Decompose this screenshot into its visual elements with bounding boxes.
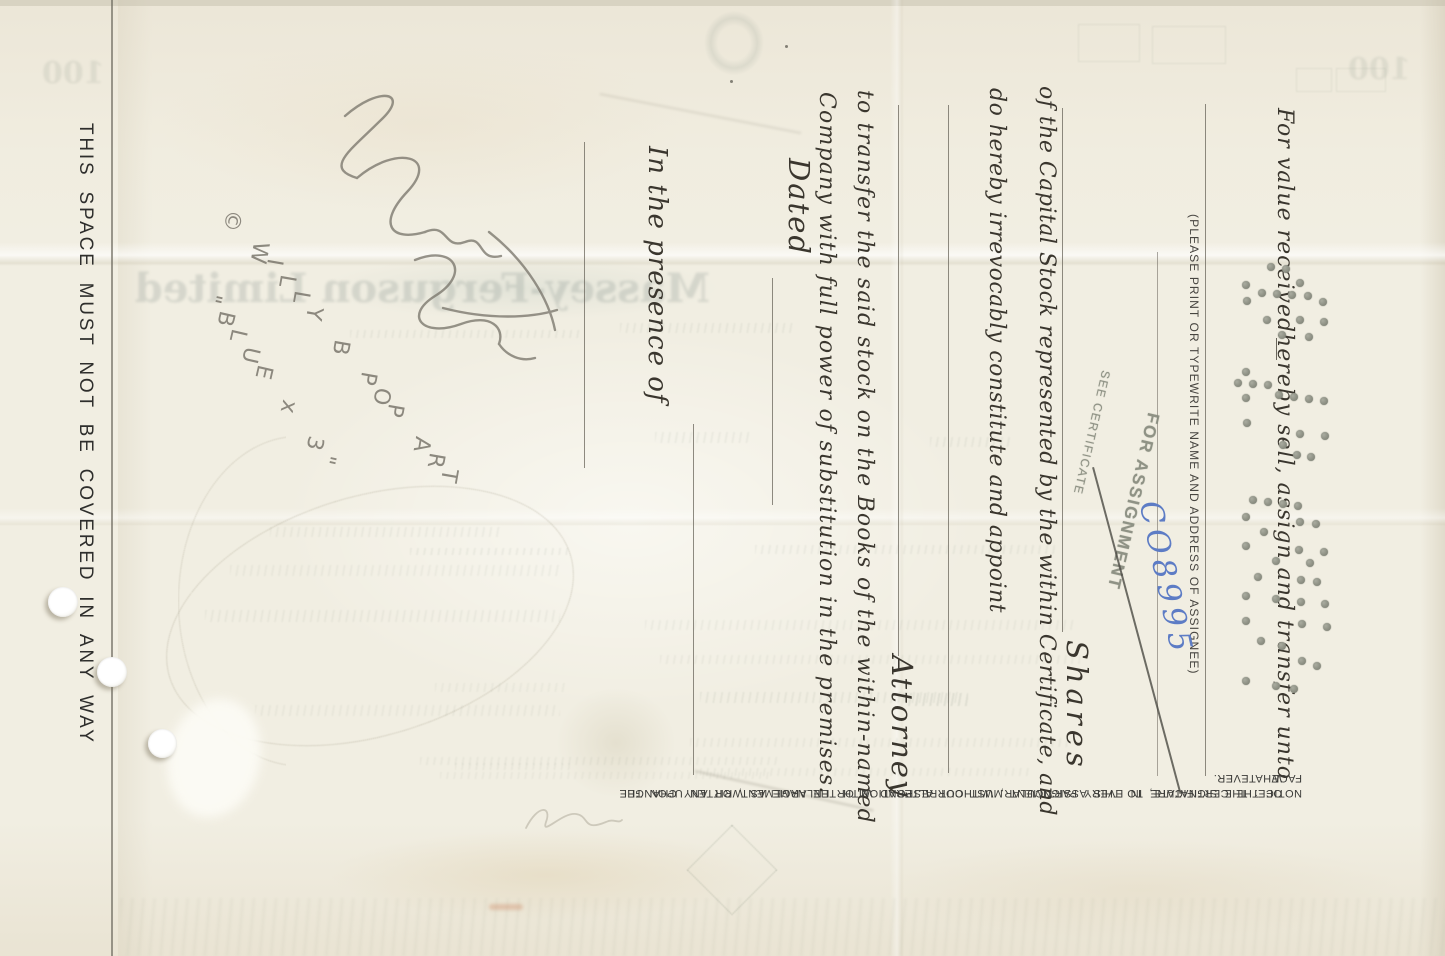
attorney-name-rule bbox=[948, 105, 949, 773]
ghost-text-row bbox=[230, 565, 560, 576]
ghost-text-row bbox=[410, 548, 570, 555]
fold-crease-horizontal bbox=[0, 508, 1445, 526]
punched-dot bbox=[1272, 557, 1280, 565]
paper-tint-left bbox=[118, 0, 152, 956]
pencil-blue-note-char: U bbox=[236, 344, 264, 365]
punched-dot bbox=[1313, 578, 1321, 586]
shares-label: Shares bbox=[1062, 640, 1091, 772]
punched-dot bbox=[1243, 419, 1251, 427]
paper-edge-top bbox=[0, 0, 1445, 6]
punch-hole bbox=[148, 729, 177, 758]
paper-blotch bbox=[880, 840, 1400, 940]
pencil-signature bbox=[293, 82, 593, 382]
punched-dot bbox=[1242, 592, 1250, 600]
punched-dot bbox=[1320, 548, 1328, 556]
punched-dot bbox=[1298, 620, 1306, 628]
company-line: Company with full power of substitution … bbox=[815, 92, 837, 795]
pencil-copyright-note-char: © bbox=[218, 208, 246, 234]
ghost-text-row bbox=[455, 763, 570, 770]
ghost-text-row bbox=[205, 610, 560, 622]
punched-dot bbox=[1288, 291, 1296, 299]
dated-label: Dated bbox=[784, 158, 813, 256]
punched-dot bbox=[1296, 518, 1304, 526]
ghost-denomination-100: 100 bbox=[42, 56, 105, 91]
punched-dot bbox=[1296, 279, 1304, 287]
pencil-blue-note-char: x bbox=[275, 398, 302, 416]
pencil-blue-note-char: 3 bbox=[300, 434, 328, 453]
punched-dot bbox=[1264, 381, 1272, 389]
punched-dot bbox=[1312, 520, 1320, 528]
punched-dot bbox=[1320, 397, 1328, 405]
notice-line2: OF THE CERTIFICATE, IN EVERY PARTICULAR,… bbox=[588, 770, 1302, 800]
dated-blank-rule bbox=[772, 278, 773, 505]
punched-dot bbox=[1242, 617, 1250, 625]
punched-dot bbox=[1297, 598, 1305, 606]
pencil-blue-note-char: E bbox=[249, 362, 276, 381]
punched-dot bbox=[1323, 623, 1331, 631]
ghost-border-panel bbox=[1078, 24, 1140, 62]
punched-dot bbox=[1272, 595, 1280, 603]
ghost-border-guilloche bbox=[120, 898, 1445, 956]
pencil-smear bbox=[600, 93, 802, 134]
blank-underline bbox=[1276, 338, 1295, 360]
punched-dot bbox=[1264, 498, 1272, 506]
fold-crease-vertical bbox=[890, 0, 904, 956]
punched-dot bbox=[1242, 281, 1250, 289]
punched-dot bbox=[1258, 289, 1266, 297]
fold-crease-horizontal bbox=[0, 242, 1445, 266]
punch-hole bbox=[97, 657, 127, 687]
punched-dot bbox=[1278, 331, 1286, 339]
ghost-text-row bbox=[655, 432, 750, 443]
pencil-copyright-note-char: I bbox=[261, 256, 287, 267]
capital-stock-line: of the Capital Stock represented by the … bbox=[1035, 86, 1057, 816]
punched-dot bbox=[1290, 685, 1298, 693]
punched-dot bbox=[1282, 265, 1290, 273]
punched-dot bbox=[1313, 662, 1321, 670]
punched-dot bbox=[1297, 576, 1305, 584]
punched-dot bbox=[1296, 430, 1304, 438]
punched-dot bbox=[1290, 393, 1298, 401]
punched-dot bbox=[1254, 573, 1262, 581]
punched-dot bbox=[1294, 502, 1302, 510]
witness-label: In the presence of bbox=[644, 146, 670, 404]
pencil-blue-note-char: L bbox=[224, 326, 251, 344]
punched-dot bbox=[1272, 682, 1280, 690]
ghost-border-panel bbox=[1296, 68, 1332, 92]
punched-dot bbox=[1320, 318, 1328, 326]
punched-dot bbox=[1319, 298, 1327, 306]
punched-dot bbox=[1279, 441, 1287, 449]
ghost-text-row bbox=[690, 738, 1070, 747]
pencil-copyright-note-char: T bbox=[435, 467, 462, 485]
margin-warning-text: THIS SPACE MUST NOT BE COVERED IN ANY WA… bbox=[76, 123, 95, 745]
for-value-received-text: For value received bbox=[1272, 108, 1297, 333]
ink-speck bbox=[730, 80, 733, 83]
punched-dot bbox=[1278, 642, 1286, 650]
paper-tint-right bbox=[1420, 0, 1445, 956]
signature-rule bbox=[693, 424, 694, 775]
punched-dot bbox=[1293, 451, 1301, 459]
punch-hole bbox=[48, 587, 78, 617]
pencil-blue-note-char: " bbox=[314, 451, 341, 466]
ghost-pencil-scribble bbox=[518, 796, 628, 844]
punched-dot bbox=[1242, 394, 1250, 402]
pencil-blue-note-char: B bbox=[211, 308, 239, 328]
punched-dot bbox=[1242, 513, 1250, 521]
punched-dot bbox=[1273, 290, 1281, 298]
punched-dot bbox=[1279, 500, 1287, 508]
ghost-diamond-ornament bbox=[687, 825, 778, 916]
punched-dot bbox=[1242, 542, 1250, 550]
ghost-border-panel bbox=[1152, 26, 1226, 64]
margin-rule bbox=[111, 0, 113, 956]
punched-dot bbox=[1305, 395, 1313, 403]
punched-dot bbox=[1243, 297, 1251, 305]
ink-speck bbox=[785, 45, 788, 48]
punched-dot bbox=[1234, 379, 1242, 387]
punched-dot bbox=[1263, 316, 1271, 324]
certificate-back-scan: Massey-Ferguson Limited 100 100 THIS SPA… bbox=[0, 0, 1445, 956]
ghost-text-row bbox=[255, 705, 560, 716]
attorney-blank-rule bbox=[898, 105, 899, 656]
punched-dot bbox=[1306, 559, 1314, 567]
punched-dot bbox=[1321, 432, 1329, 440]
shares-blank-rule bbox=[1062, 108, 1063, 632]
ghost-denomination-100: 100 bbox=[1348, 52, 1411, 87]
punched-dot bbox=[1296, 316, 1304, 324]
punched-dot bbox=[1295, 546, 1303, 554]
punched-dot bbox=[1249, 496, 1257, 504]
ghost-text-row bbox=[755, 545, 1055, 554]
punched-dot bbox=[1305, 333, 1313, 341]
ghost-text-row bbox=[435, 683, 565, 692]
transfer-line: to transfer the said stock on the Books … bbox=[853, 90, 875, 824]
pencil-blue-note-char: " bbox=[199, 290, 226, 305]
punched-dot bbox=[1257, 637, 1265, 645]
appoint-line: do hereby irrevocably constitute and app… bbox=[985, 88, 1007, 613]
ghost-border-panel bbox=[1336, 68, 1386, 92]
stamp-see-certificate: SEE CERTIFICATE bbox=[1072, 369, 1112, 496]
punched-dot bbox=[1304, 292, 1312, 300]
paper-tint-bottom bbox=[0, 820, 1445, 956]
red-smudge bbox=[489, 904, 523, 910]
punched-dot bbox=[1298, 657, 1306, 665]
ghost-seal-rosette bbox=[694, 0, 774, 86]
pencil-copyright-note-char: A bbox=[408, 434, 435, 453]
punched-dot bbox=[1275, 391, 1283, 399]
punched-dot bbox=[1260, 528, 1268, 536]
ghost-text-row bbox=[270, 527, 500, 537]
punched-dot bbox=[1321, 600, 1329, 608]
punched-dot bbox=[1267, 263, 1275, 271]
punched-dot bbox=[1242, 368, 1250, 376]
punched-dot bbox=[1242, 677, 1250, 685]
punched-dot bbox=[1249, 380, 1257, 388]
paper-tint-top bbox=[0, 0, 1445, 250]
assignee-name-rule bbox=[1205, 104, 1206, 776]
punched-dot bbox=[1307, 453, 1315, 461]
pencil-copyright-note-char: P bbox=[381, 402, 408, 419]
